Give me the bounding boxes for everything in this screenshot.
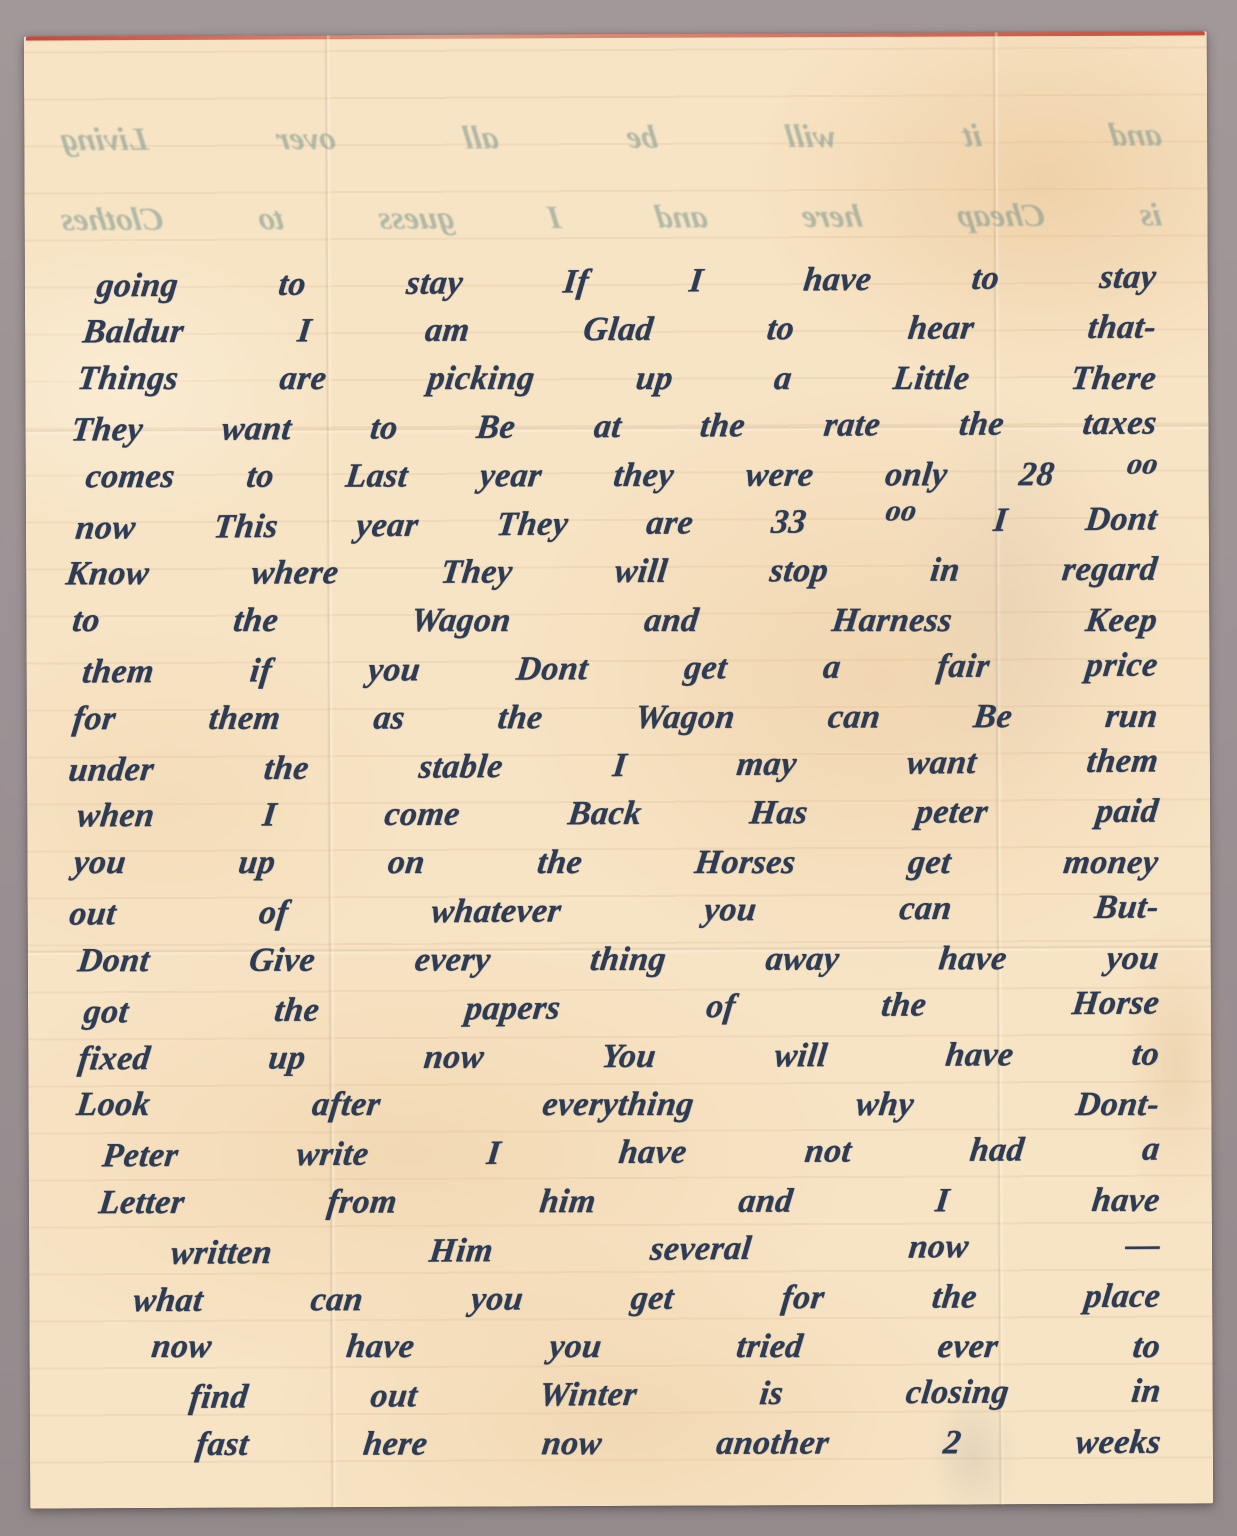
letter-text: going to stay If I have to stayBaldur I … <box>55 255 1197 1470</box>
handwriting-line: Peter write I have not had a <box>56 1126 1199 1182</box>
handwriting-line: Things are picking up a Little There <box>53 355 1195 404</box>
handwriting-line: Letter from him and I have <box>56 1176 1199 1227</box>
handwriting-line: fast here now another 2 weeks <box>57 1418 1200 1469</box>
handwriting-line: find out Winter is closing in <box>57 1368 1200 1424</box>
handwriting-line: out of whatever you can But- <box>55 884 1198 940</box>
handwriting-line: going to stay If I have to stay <box>52 253 1195 311</box>
handwriting-line: what can you get for the place <box>56 1272 1199 1325</box>
handwriting-line: Look after everything why Dont- <box>56 1081 1198 1130</box>
handwriting-line: got the papers of the Horse <box>55 979 1198 1037</box>
handwriting-line: comes to Last year they were only 28 ⁰⁰ <box>53 450 1196 501</box>
scan-background: and it will be all over Livingis Cheap h… <box>0 0 1237 1536</box>
handwriting-line: written Him several now — <box>56 1221 1199 1279</box>
handwriting-line: fixed up now You will have to <box>55 1030 1198 1083</box>
ghost-bleedthrough-line: is Cheap here and I guess to Clothes <box>58 198 1164 240</box>
handwriting-line: They want to Be at the rate the taxes <box>53 400 1196 456</box>
handwriting-line: for them as the Wagon can Be run <box>54 692 1197 743</box>
handwriting-line: under the stable I may want them <box>54 737 1197 795</box>
letter-page: and it will be all over Livingis Cheap h… <box>24 31 1213 1508</box>
handwriting-line: now This year They are 33 ⁰⁰ I Dont <box>53 495 1196 553</box>
handwriting-line: now have you tried ever to <box>57 1323 1199 1372</box>
handwriting-line: them if you Dont get a fair price <box>54 642 1197 698</box>
ghost-bleedthrough-line: and it will be all over Living <box>58 118 1164 160</box>
handwriting-line: Dont Give every thing away have you <box>55 934 1198 985</box>
handwriting-line: when I come Back Has peter paid <box>54 788 1197 841</box>
handwriting-line: to the Wagon and Harness Keep <box>54 597 1196 646</box>
handwriting-line: Baldur I am Glad to hear that- <box>52 304 1195 357</box>
handwriting-line: Know where They will stop in regard <box>53 546 1196 599</box>
page-top-edge-tint <box>26 31 1205 40</box>
handwriting-line: you up on the Horses get money <box>55 839 1197 888</box>
